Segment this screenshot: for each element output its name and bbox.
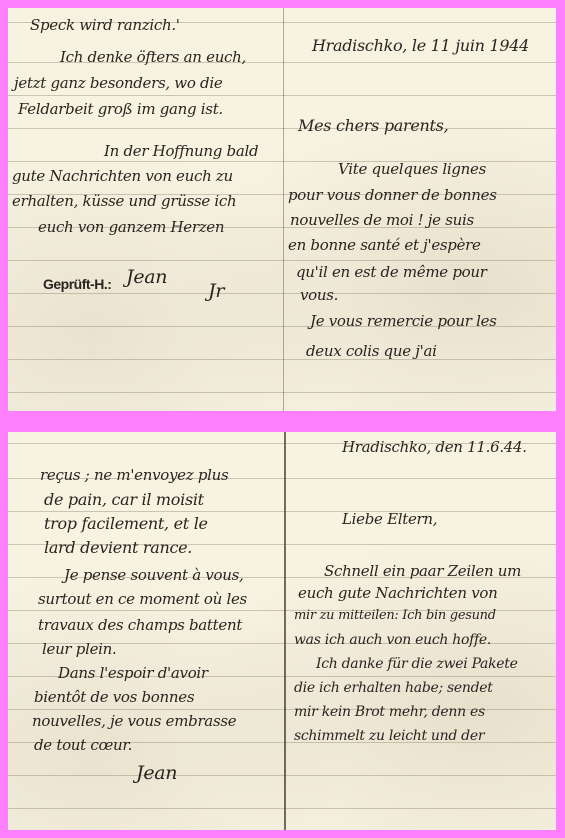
- page-german-continued: Speck wird ranzich.' Ich denke öfters an…: [8, 8, 283, 411]
- text-line: was ich auch von euch hoffe.: [294, 632, 491, 648]
- text-line: mir zu mitteilen: Ich bin gesund: [294, 608, 496, 623]
- text-line: leur plein.: [42, 640, 116, 658]
- text-line: deux colis que j'ai: [306, 342, 437, 360]
- text-line: Vite quelques lignes: [338, 160, 486, 178]
- letter-sheet-bottom: reçus ; ne m'envoyez plus de pain, car i…: [8, 432, 556, 830]
- text-line: die ich erhalten habe; sendet: [294, 680, 493, 696]
- text-line: nouvelles de moi ! je suis: [290, 211, 474, 229]
- text-line: mir kein Brot mehr, denn es: [294, 704, 485, 720]
- text-line: gute Nachrichten von euch zu: [12, 167, 233, 185]
- text-line: surtout en ce moment où les: [38, 590, 247, 608]
- text-line: lard devient rance.: [44, 538, 192, 557]
- text-line: Dans l'espoir d'avoir: [58, 664, 208, 682]
- text-line: nouvelles, je vous embrasse: [32, 712, 236, 730]
- text-line: pour vous donner de bonnes: [288, 186, 497, 204]
- text-line: en bonne santé et j'espère: [288, 236, 481, 254]
- text-line: Speck wird ranzich.': [30, 16, 180, 34]
- text-line: Je vous remercie pour les: [310, 312, 497, 330]
- dateline: Hradischko, den 11.6.44.: [342, 438, 527, 456]
- text-line: jetzt ganz besonders, wo die: [14, 74, 222, 92]
- text-line: travaux des champs battent: [38, 616, 242, 634]
- text-line: In der Hoffnung bald: [104, 142, 258, 160]
- text-line: erhalten, küsse und grüsse ich: [12, 192, 236, 210]
- text-line: Ich danke für die zwei Pakete: [316, 656, 518, 672]
- text-line: Schnell ein paar Zeilen um: [324, 562, 521, 580]
- text-line: Ich denke öfters an euch,: [60, 48, 246, 66]
- signature: Jean: [126, 266, 167, 288]
- censor-initials: Jr: [208, 280, 224, 302]
- censor-stamp: Geprüft-H.:: [43, 276, 111, 292]
- page-german-start: Hradischko, den 11.6.44. Liebe Eltern, S…: [286, 432, 556, 830]
- text-line: bientôt de vos bonnes: [34, 688, 194, 706]
- text-line: Je pense souvent à vous,: [64, 566, 243, 584]
- text-line: Feldarbeit groß im gang ist.: [18, 100, 223, 118]
- text-line: de pain, car il moisit: [44, 490, 204, 509]
- text-line: de tout cœur.: [34, 736, 132, 754]
- text-line: schimmelt zu leicht und der: [294, 728, 484, 744]
- text-line: trop facilement, et le: [44, 514, 208, 533]
- signature: Jean: [136, 762, 177, 784]
- page-french-start: Hradischko, le 11 juin 1944 Mes chers pa…: [284, 8, 556, 411]
- text-line: reçus ; ne m'envoyez plus: [40, 466, 228, 484]
- dateline: Hradischko, le 11 juin 1944: [312, 36, 529, 55]
- text-line: qu'il en est de même pour: [296, 263, 487, 281]
- salutation: Liebe Eltern,: [342, 510, 437, 528]
- letter-sheet-top: Speck wird ranzich.' Ich denke öfters an…: [8, 8, 556, 411]
- text-line: euch gute Nachrichten von: [298, 584, 497, 602]
- salutation: Mes chers parents,: [298, 116, 448, 135]
- text-line: euch von ganzem Herzen: [38, 218, 224, 236]
- page-french-continued: reçus ; ne m'envoyez plus de pain, car i…: [8, 432, 284, 830]
- text-line: vous.: [300, 286, 338, 304]
